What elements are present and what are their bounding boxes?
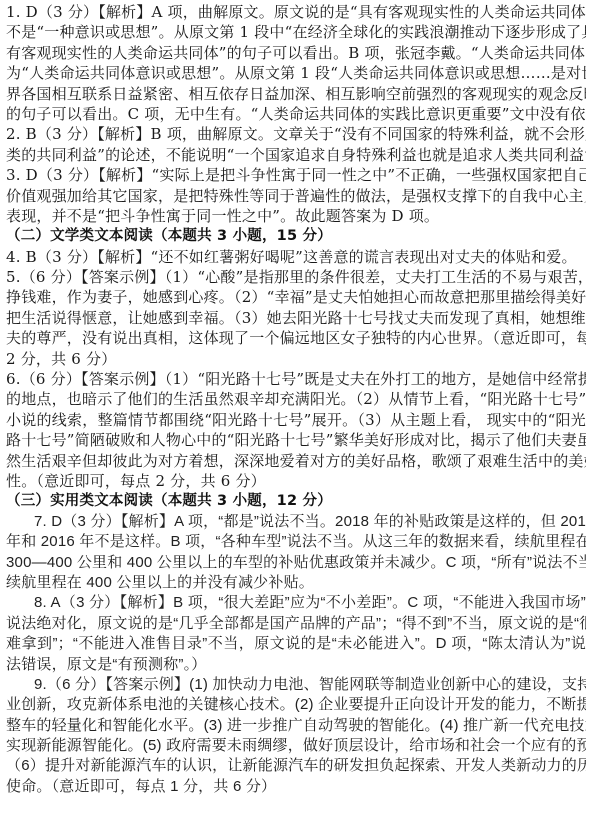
- q7-line-3: 300—400 公里和 400 公里以上的车型的补贴优惠政策并未减少。C 项，“…: [6, 553, 586, 573]
- q2-line-2: 类的共同利益”的论述，不能说明“一个国家追求自身特殊利益也就是追求人类共同利益”…: [6, 145, 586, 165]
- q9-line-6: 使命。（意近即可，每点 1 分，共 6 分）: [6, 777, 586, 797]
- q5-line-3: 把生活说得惬意，让她感到幸福。（3）她去阳光路十七号找丈夫而发现了真相，她想维护…: [6, 308, 586, 328]
- q8-line-2: 说法绝对化，原文说的是“几乎全部都是国产品牌的产品”；“得不到”不当，原文说的是…: [6, 614, 586, 634]
- q2-line-1: 2. B（3 分）【解析】B 项，曲解原文。文章关于“没有不同国家的特殊利益，就…: [6, 124, 586, 144]
- q1-line-6: 的句子可以看出。C 项，无中生有。“人类命运共同体的实践比意识更重要”文中没有依…: [6, 104, 586, 124]
- q1-line-3: 有客观现实性的人类命运共同体”的句子可以看出。B 项，张冠李戴。“人类命运共同体…: [6, 43, 586, 63]
- q5-line-1: 5.（6 分）【答案示例】（1）“心酸”是指那里的条件很差，丈夫打工生活的不易与…: [6, 267, 586, 287]
- q6-line-2: 的地点，也暗示了他们的生活虽然艰辛却充满阳光。（2）从情节上看，“阳光路十七号”…: [6, 389, 586, 409]
- q6-line-4: 路十七号”简陋破败和人物心中的“阳光路十七号”繁华美好形成对比，揭示了他们夫妻虽: [6, 430, 586, 450]
- q1-line-2: 不是“一种意识或思想”。从原文第 1 段中“在经济全球化的实践浪潮推动下逐步形成…: [6, 22, 586, 42]
- q3-line-1: 3. D（3 分）【解析】“实际上是把斗争性寓于同一性之中”不正确，一些强权国家…: [6, 165, 586, 185]
- q9-line-5: （6）提升对新能源汽车的认识，让新能源汽车的研发担负起探索、开发人类新动力的历史: [6, 756, 586, 776]
- q7-line-2: 年和 2016 年不是这样。B 项，“各种车型”说法不当。从这三年的数据来看，续…: [6, 532, 586, 552]
- q7-line-4: 续航里程在 400 公里以上的并没有减少补贴。: [6, 573, 586, 593]
- q1-line-4: 为“人类命运共同体意识或思想”。从原文第 1 段“人类命运共同体意识或思想……是…: [6, 63, 586, 83]
- q8-line-4: 法错误，原文是“有预测称”。）: [6, 655, 586, 675]
- q9-line-1: 9.（6 分）【答案示例】(1) 加快动力电池、智能网联等制造业创新中心的建设，…: [6, 675, 586, 695]
- q8-line-1: 8. A（3 分）【解析】B 项，“很大差距”应为“不小差距”。C 项，“不能进…: [6, 593, 586, 613]
- answer-key-document: 1. D（3 分）【解析】A 项，曲解原文。原文说的是“具有客观现实性的人类命运…: [0, 0, 590, 815]
- section1-answers: 1. D（3 分）【解析】A 项，曲解原文。原文说的是“具有客观现实性的人类命运…: [6, 2, 586, 226]
- q9-line-2: 业创新，攻克新体系电池的关键核心技术。(2) 企业要提升正向设计开发的能力，不断…: [6, 695, 586, 715]
- section3-heading: （三）实用类文本阅读（本题共 3 小题，12 分）: [6, 491, 586, 511]
- q5-line-2: 挣钱难，作为妻子，她感到心疼。（2）“幸福”是丈夫怕她担心而故意把那里描绘得美好…: [6, 287, 586, 307]
- q1-line-5: 界各国相互联系日益紧密、相互依存日益加深、相互影响空前强烈的客观现实的观念反映”: [6, 84, 586, 104]
- q6-line-1: 6.（6 分）【答案示例】（1）“阳光路十七号”既是丈夫在外打工的地方，是她信中…: [6, 369, 586, 389]
- q8-line-3: 难拿到”；“不能进入准售目录”不当，原文说的是“未必能进入”。D 项，“陈太清认…: [6, 634, 586, 654]
- section2-heading: （二）文学类文本阅读（本题共 3 小题，15 分）: [6, 226, 586, 246]
- q6-line-6: 性。（意近即可，每点 2 分，共 6 分）: [6, 471, 586, 491]
- section3-answers: （三）实用类文本阅读（本题共 3 小题，12 分） 7. D（3 分）【解析】A…: [6, 491, 586, 797]
- q7-line-1: 7. D（3 分）【解析】A 项，“都是”说法不当。2018 年的补贴政策是这样…: [6, 512, 586, 532]
- q3-line-2: 价值观强加给其它国家，是把特殊性等同于普遍性的做法，是强权支撑下的自我中心主义的: [6, 186, 586, 206]
- q6-line-5: 然生活艰辛但却彼此为对方着想，深深地爱着对方的美好品格，歌颂了艰难生活中的美好人: [6, 451, 586, 471]
- q9-line-3: 整车的轻量化和智能化水平。(3) 进一步推广自动驾驶的智能化。(4) 推广新一代…: [6, 716, 586, 736]
- q1-line-1: 1. D（3 分）【解析】A 项，曲解原文。原文说的是“具有客观现实性的人类命运…: [6, 2, 586, 22]
- q5-line-4: 夫的尊严，没有说出真相，这体现了一个偏远地区女子独特的内心世界。（意近即可，每点: [6, 328, 586, 348]
- q3-line-3: 表现，并不是“把斗争性寓于同一性之中”。故此题答案为 D 项。: [6, 206, 586, 226]
- q6-line-3: 小说的线索，整篇情节都围绕“阳光路十七号”展开。（3）从主题上看， 现实中的“阳…: [6, 410, 586, 430]
- q9-line-4: 实现新能源智能化。(5) 政府需要未雨绸缪，做好顶层设计，给市场和社会一个应有的…: [6, 736, 586, 756]
- q4-line-1: 4. B（3 分）【解析】“还不如红薯粥好喝呢”这善意的谎言表现出对丈夫的体贴和…: [6, 247, 586, 267]
- section2-answers: （二）文学类文本阅读（本题共 3 小题，15 分） 4. B（3 分）【解析】“…: [6, 226, 586, 491]
- q5-line-5: 2 分，共 6 分）: [6, 349, 586, 369]
